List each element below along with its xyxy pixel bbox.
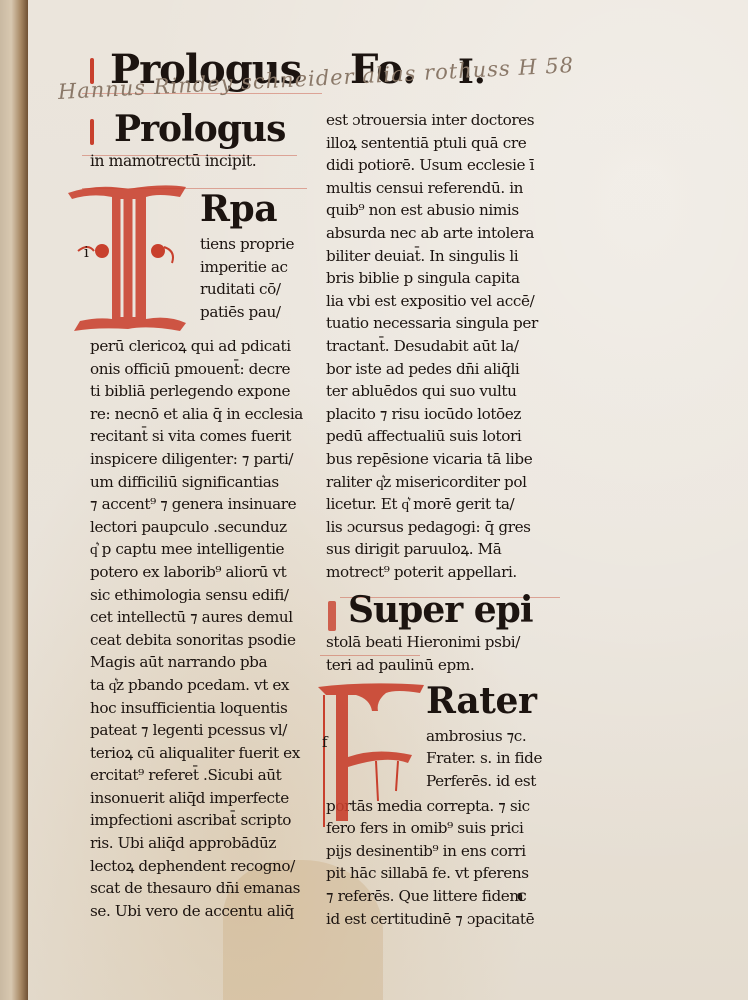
text-line: Frater. s. in fide xyxy=(426,747,542,770)
text-line: motrect⁹ poterit appellari. xyxy=(326,561,548,584)
initial-indented-lines: ambrosius ⁊c. Frater. s. in fide Perferē… xyxy=(426,725,542,793)
text-line: ambrosius ⁊c. xyxy=(426,725,542,748)
text-line: pit hāc sillabā fe. vt pferens xyxy=(326,862,548,885)
initial-block: i Rpa tiens proprie imperitie ac ruditat… xyxy=(90,183,310,335)
text-line: id est certitudinē ⁊ ɔpacitatē xyxy=(326,908,548,931)
left-body-text: perū clericoꝝ qui ad pdicati onis offici… xyxy=(90,335,310,922)
text-line: placito ⁊ risu iocūdo lotōez xyxy=(326,403,548,426)
prologue-subheading: in mamotrectū incipit. xyxy=(90,149,310,173)
text-line: didi potiorē. Usum ecclesie ī xyxy=(326,154,548,177)
section-heading: Super epi xyxy=(348,589,548,631)
text-line: bris biblie p singula capita xyxy=(326,267,548,290)
text-line: hoc insufficientia loquentis xyxy=(90,697,310,720)
text-line: ercitat⁹ referet̄ .Sicubi aūt xyxy=(90,764,310,787)
text-line: ter abluēdos qui suo vultu xyxy=(326,380,548,403)
section-subheading-line: stolā beati Hieronimi psbi/ xyxy=(326,631,548,654)
rubricated-initial-F-icon xyxy=(316,681,426,829)
binding-gutter xyxy=(0,0,28,1000)
text-line: ⁊ referēs. Que littere fidem xyxy=(326,885,548,908)
right-body-text-top: est ɔtrouersia inter doctores illoꝝ sent… xyxy=(326,109,548,583)
text-line: potero ex laborib⁹ aliorū vt xyxy=(90,561,310,584)
text-line: se. Ubi vero de accentu aliq̄ xyxy=(90,900,310,923)
right-column: est ɔtrouersia inter doctores illoꝝ sent… xyxy=(326,109,548,930)
rubric-paragraph-mark xyxy=(328,601,336,631)
text-line: ⁊ accent⁹ ⁊ genera insinuare xyxy=(90,493,310,516)
text-line: tractant̄. Desudabit aūt la/ xyxy=(326,335,548,358)
text-line: pijs desinentib⁹ in ens corri xyxy=(326,840,548,863)
text-line: terioꝝ cū aliqualiter fuerit ex xyxy=(90,742,310,765)
text-line: scat de thesauro dn̄i emanas xyxy=(90,877,310,900)
text-line: sus dirigit paruuloꝝ. Mā xyxy=(326,538,548,561)
text-line: impfectioni ascribat̄ scripto xyxy=(90,809,310,832)
initial-block-F: f Rater ambrosius ⁊c. Frater. s. in fide… xyxy=(326,681,548,771)
text-line: pateat ⁊ legenti pcessus vl/ xyxy=(90,719,310,742)
text-line: est ɔtrouersia inter doctores xyxy=(326,109,548,132)
signature-mark: c xyxy=(517,886,527,905)
text-line: biliter deuiat̄. In singulis li xyxy=(326,245,548,268)
text-line: bor iste ad pedes dn̄i aliq̄li xyxy=(326,358,548,381)
text-line: multis censui referendū. in xyxy=(326,177,548,200)
text-line: lia vbi est expositio vel accē/ xyxy=(326,290,548,313)
text-line: perū clericoꝝ qui ad pdicati xyxy=(90,335,310,358)
prologue-heading: Prologus xyxy=(114,109,310,149)
text-line: insonuerit aliq̄d imperfecte xyxy=(90,787,310,810)
text-line: quib⁹ non est abusio nimis xyxy=(326,199,548,222)
initial-indented-lines: tiens proprie imperitie ac ruditati cō/ … xyxy=(200,233,294,323)
text-line: q͛ p captu mee intelligentie xyxy=(90,538,310,561)
left-column: Prologus in mamotrectū incipit. i Rpa ti… xyxy=(90,109,310,922)
text-line: ruditati cō/ xyxy=(200,278,294,301)
text-line: licetur. Et q͛ morē gerit ta/ xyxy=(326,493,548,516)
section-subheading-line: teri ad paulinū epm. xyxy=(326,654,548,677)
text-line: raliter q͛z misericorditer pol xyxy=(326,471,548,494)
text-line: imperitie ac xyxy=(200,256,294,279)
text-line: patiēs pau/ xyxy=(200,301,294,324)
text-line: um difficiliū significantias xyxy=(90,471,310,494)
initial-word: Rpa xyxy=(200,189,277,229)
text-line: lis ɔcursus pedagogi: q̄ gres xyxy=(326,516,548,539)
text-line: tiens proprie xyxy=(200,233,294,256)
text-line: ceat debita sonoritas psodie xyxy=(90,629,310,652)
initial-word: Rater xyxy=(426,681,537,721)
text-line: bus repēsione vicaria tā libe xyxy=(326,448,548,471)
text-line: ti bibliā perlegendo expone xyxy=(90,380,310,403)
text-line: Magis aūt narrando pba xyxy=(90,651,310,674)
text-line: onis officiū pmouent̄: decre xyxy=(90,358,310,381)
rubric-paragraph-mark xyxy=(90,119,94,145)
text-line: illoꝝ sententiā ptuli quā cre xyxy=(326,132,548,155)
text-line: lectoꝝ dephendent recogno/ xyxy=(90,855,310,878)
text-line: recitant̄ si vita comes fuerit xyxy=(90,425,310,448)
text-line: inspicere diligenter: ⁊ parti/ xyxy=(90,448,310,471)
guide-letter: f xyxy=(322,731,327,754)
text-line: re: necnō et alia q̄ in ecclesia xyxy=(90,403,310,426)
text-line: Perferēs. id est xyxy=(426,770,542,793)
text-line: sic ethimologia sensu edifi/ xyxy=(90,584,310,607)
text-line: pedū affectualiū suis lotori xyxy=(326,425,548,448)
text-line: ris. Ubi aliq̄d approbādūz xyxy=(90,832,310,855)
text-line: lectori paupculo .secunduz xyxy=(90,516,310,539)
text-line: cet intellectū ⁊ aures demul xyxy=(90,606,310,629)
text-line: ta q͛z pbando pcedam. vt ex xyxy=(90,674,310,697)
text-line: absurda nec ab arte intolera xyxy=(326,222,548,245)
text-line: tuatio necessaria singula per xyxy=(326,312,548,335)
guide-letter: i xyxy=(84,241,88,264)
